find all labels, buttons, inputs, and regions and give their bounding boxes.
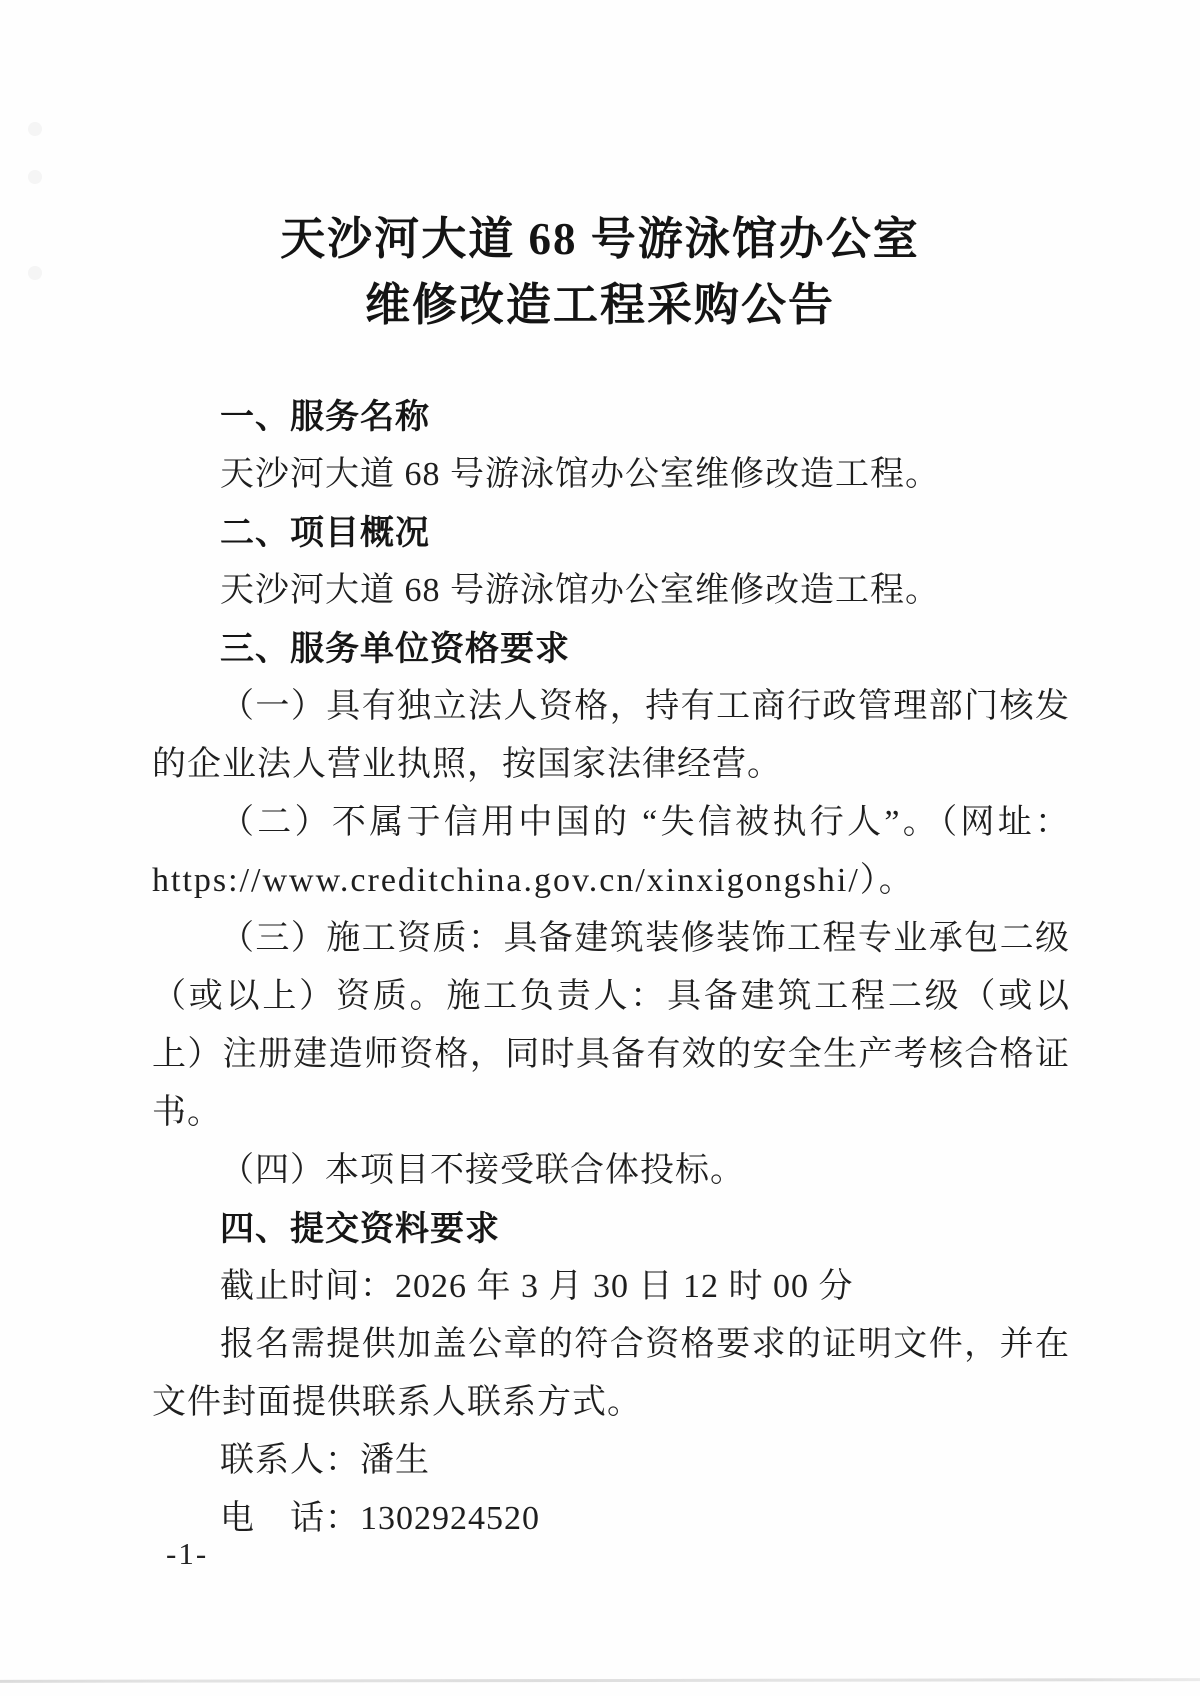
document-title: 天沙河大道 68 号游泳馆办公室 维修改造工程采购公告: [0, 206, 1200, 338]
scan-smudge: [28, 170, 42, 184]
scanned-document-page: 天沙河大道 68 号游泳馆办公室 维修改造工程采购公告 一、服务名称 天沙河大道…: [0, 0, 1200, 1696]
section-heading-service-name: 一、服务名称: [152, 388, 1070, 446]
paragraph-contact-person: 联系人：潘生: [152, 1432, 1070, 1490]
paragraph-deadline: 截止时间：2026 年 3 月 30 日 12 时 00 分: [152, 1258, 1070, 1316]
section-heading-qualification-requirements: 三、服务单位资格要求: [152, 620, 1070, 678]
page-number: -1-: [166, 1536, 208, 1572]
document-title-line2: 维修改造工程采购公告: [0, 272, 1200, 338]
paragraph-service-name: 天沙河大道 68 号游泳馆办公室维修改造工程。: [152, 446, 1070, 504]
paragraph-contact-phone: 电 话：1302924520: [152, 1490, 1070, 1548]
section-heading-submission-requirements: 四、提交资料要求: [152, 1200, 1070, 1258]
paragraph-qualification-3: （三）施工资质：具备建筑装修装饰工程专业承包二级（或以上）资质。施工负责人：具备…: [152, 910, 1070, 1142]
paragraph-qualification-2-text: （二）不属于信用中国的 “失信被执行人”。（网址：: [220, 804, 1070, 841]
document-title-line1: 天沙河大道 68 号游泳馆办公室: [0, 206, 1200, 272]
paragraph-qualification-2: （二）不属于信用中国的 “失信被执行人”。（网址：https://www.cre…: [152, 794, 1070, 910]
scanner-edge-artifact: [0, 1678, 1200, 1683]
section-heading-project-overview: 二、项目概况: [152, 504, 1070, 562]
document-body: 一、服务名称 天沙河大道 68 号游泳馆办公室维修改造工程。 二、项目概况 天沙…: [152, 388, 1070, 1548]
paragraph-qualification-4: （四）本项目不接受联合体投标。: [152, 1142, 1070, 1200]
paragraph-submission-instructions: 报名需提供加盖公章的符合资格要求的证明文件，并在文件封面提供联系人联系方式。: [152, 1316, 1070, 1432]
credit-china-url: https://www.creditchina.gov.cn/xinxigong…: [152, 862, 915, 899]
paragraph-qualification-1: （一）具有独立法人资格，持有工商行政管理部门核发的企业法人营业执照，按国家法律经…: [152, 678, 1070, 794]
paragraph-project-overview: 天沙河大道 68 号游泳馆办公室维修改造工程。: [152, 562, 1070, 620]
scan-smudge: [28, 122, 42, 136]
